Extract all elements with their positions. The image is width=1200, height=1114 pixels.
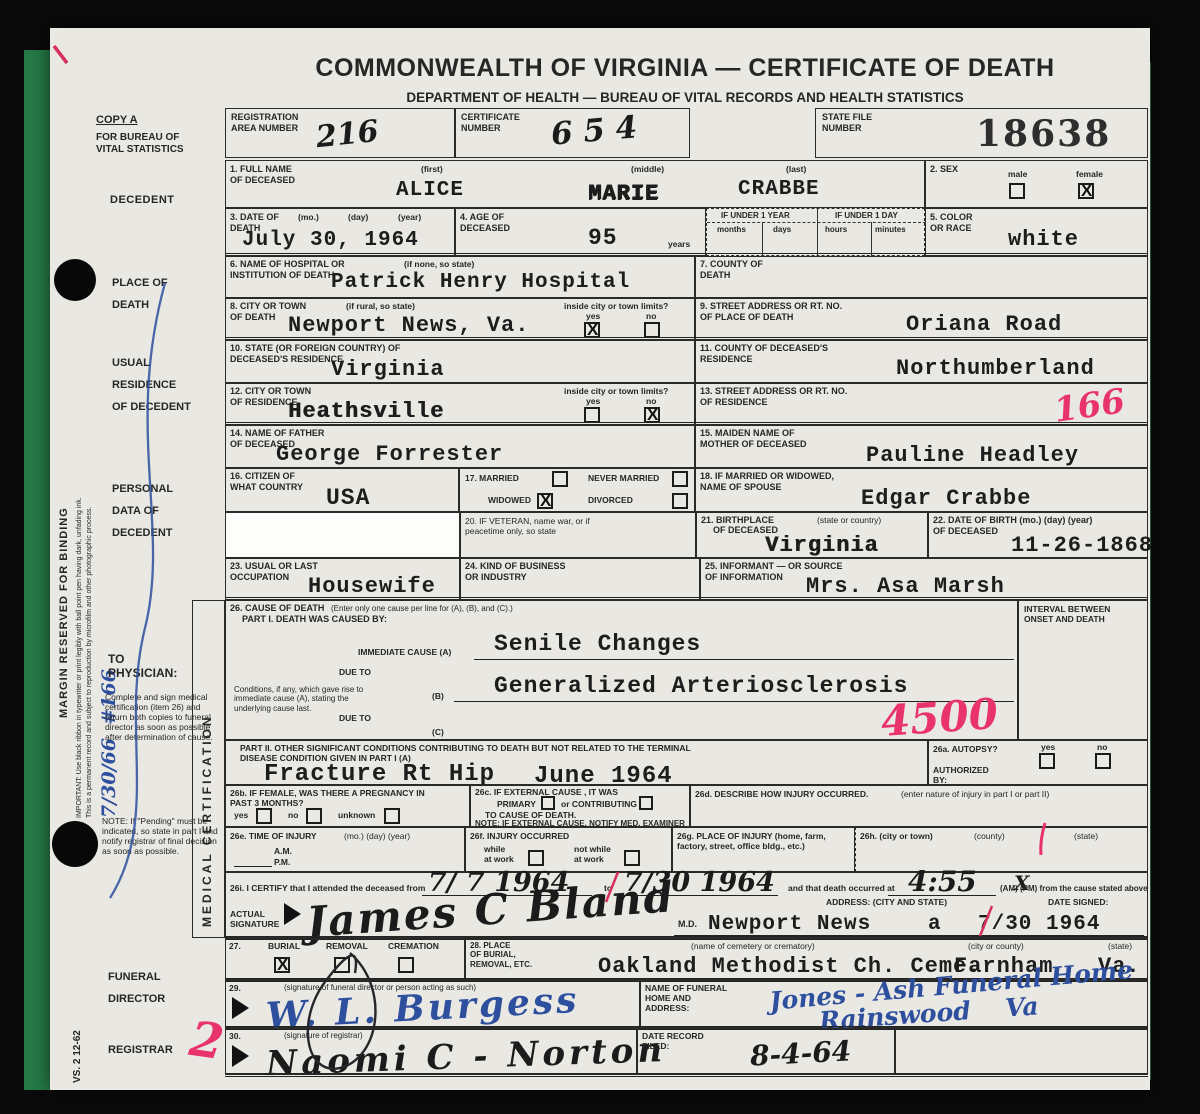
field-empty-bottom-right	[895, 1028, 1148, 1075]
autopsy-yes-cap: yes	[1041, 742, 1055, 752]
time-line	[888, 895, 996, 896]
cremation-cap: CREMATION	[388, 941, 439, 951]
field-residence-street: 13. STREET ADDRESS OR RT. NO. OF RESIDEN…	[695, 383, 1148, 425]
cause-a-value: Senile Changes	[494, 631, 701, 657]
under-1-year-label: IF UNDER 1 YEAR	[721, 211, 790, 220]
field-funeral-director-signature: 29. (signature of funeral director or pe…	[225, 980, 640, 1028]
registrar-sig-arrow-icon	[232, 1045, 249, 1067]
certificate-subtitle: DEPARTMENT OF HEALTH — BUREAU OF VITAL R…	[220, 90, 1150, 106]
field-redacted-19	[225, 512, 460, 558]
certificate-paper: COPY A FOR BUREAU OF VITAL STATISTICS CO…	[50, 28, 1150, 1090]
race-value: white	[1008, 227, 1079, 252]
never-married-cap: NEVER MARRIED	[588, 473, 659, 483]
removal-checkbox	[334, 957, 350, 973]
binding-green-strip	[24, 50, 51, 1090]
age-years-cap: years	[668, 239, 690, 249]
field-registrar-signature: 30. (signature of registrar) Naomi C - N…	[225, 1028, 637, 1075]
field-injury-occurred: 26f. INJURY OCCURRED while at work not w…	[465, 827, 672, 872]
certificate-title: COMMONWEALTH OF VIRGINIA — CERTIFICATE O…	[220, 54, 1150, 84]
funeral-home-label: NAME OF FUNERAL HOME AND ADDRESS:	[645, 983, 727, 1013]
section-label-registrar: REGISTRAR	[108, 1044, 173, 1057]
field-sex: 2. SEX male female X	[925, 160, 1148, 208]
registration-area-value: 216	[314, 114, 380, 155]
date-filed-value: 8-4-64	[749, 1034, 852, 1072]
limits-no-cap-1: no	[646, 311, 656, 321]
injury-state-cap: (state)	[1074, 831, 1098, 841]
sex-female-checkbox: X	[1078, 183, 1094, 199]
hospital-value: Patrick Henry Hospital	[331, 271, 630, 294]
name-middle-value: MARIE	[588, 181, 659, 206]
county-of-death-label: 7. COUNTY OF DEATH	[700, 259, 763, 280]
red-corner-tick	[54, 46, 67, 63]
field-hospital: 6. NAME OF HOSPITAL OR INSTITUTION OF DE…	[225, 256, 695, 298]
section-label-personal-data: PERSONAL DATA OF DECEDENT	[112, 478, 173, 544]
interval-label: INTERVAL BETWEEN ONSET AND DEATH	[1024, 604, 1110, 624]
cemetery-cap: (name of cemetery or crematory)	[691, 941, 815, 951]
primary-checkbox	[541, 796, 555, 810]
form-code: VS. 2 12-62	[72, 993, 84, 1083]
section-label-to-physician: TO PHYSICIAN:	[108, 652, 177, 680]
time-of-injury-label: 26e. TIME OF INJURY	[230, 831, 317, 841]
certificate-number-label: CERTIFICATE NUMBER	[461, 112, 520, 133]
field-city-of-death: 8. CITY OR TOWN OF DEATH (if rural, so s…	[225, 298, 695, 340]
contributing-checkbox	[639, 796, 653, 810]
mother-value: Pauline Headley	[866, 443, 1079, 468]
copy-a-label: COPY A	[96, 114, 138, 127]
field-color-race: 5. COLOR OR RACE white	[925, 208, 1148, 256]
residence-county-value: Northumberland	[896, 356, 1095, 381]
injury-city-cap: 26h. (city or town)	[860, 831, 933, 841]
preg-unknown-cap: unknown	[338, 810, 375, 820]
field-date-record-filed: DATE RECORD FILED: 8-4-64	[637, 1028, 895, 1075]
age-label: 4. AGE OF DECEASED	[460, 212, 510, 233]
field-residence-state: 10. STATE (OR FOREIGN COUNTRY) OF DECEAS…	[225, 340, 695, 383]
ampm-line	[234, 866, 272, 867]
burial-city-cap: (city or county)	[968, 941, 1024, 951]
margin-permanent-note: This is a permanent record and subject t…	[86, 178, 94, 818]
residence-county-label: 11. COUNTY OF DECEASED'S RESIDENCE	[700, 343, 828, 364]
part1-label: PART I. DEATH WAS CAUSED BY:	[242, 614, 387, 625]
sex-male-checkbox	[1009, 183, 1025, 199]
disposition-number: 27.	[229, 941, 241, 951]
burial-state-cap: (state)	[1108, 941, 1132, 951]
bottom-double-rule	[225, 1073, 1148, 1077]
field-age: 4. AGE OF DECEASED 95 years	[455, 208, 706, 256]
date-signed-cap: DATE SIGNED:	[1048, 897, 1108, 907]
preg-yes-checkbox	[256, 808, 272, 824]
veteran-label: 20. IF VETERAN, name war, or if peacetim…	[465, 516, 590, 536]
field-informant: 25. INFORMANT — OR SOURCE OF INFORMATION…	[700, 558, 1148, 600]
registrar-sig-cap: (signature of registrar)	[284, 1031, 363, 1040]
dob-value: 11-26-1868	[1011, 533, 1153, 558]
field-cause-of-death: 26. CAUSE OF DEATH (Enter only one cause…	[225, 600, 1018, 740]
conditions-note: Conditions, if any, which gave rise to i…	[234, 685, 386, 713]
medical-certification-label: MEDICAL CERTIFICATION	[200, 613, 214, 927]
not-while-checkbox	[624, 850, 640, 866]
cause-b-cap: (B)	[432, 691, 444, 701]
mother-label: 15. MAIDEN NAME OF MOTHER OF DECEASED	[700, 428, 807, 449]
margin-important-note: IMPORTANT: Use black ribbon in typewrite…	[76, 178, 84, 818]
dod-value: July 30, 1964	[242, 229, 419, 252]
while-at-work-cap: while at work	[484, 844, 514, 864]
place-of-burial-label: 28. PLACE OF BURIAL, REMOVAL, ETC.	[470, 941, 532, 969]
birthplace-cap: (state or country)	[817, 515, 881, 525]
field-residence-city: 12. CITY OR TOWN OF RESIDENCE inside cit…	[225, 383, 695, 425]
months-cap: months	[717, 225, 746, 234]
field-street-of-death: 9. STREET ADDRESS OR RT. NO. OF PLACE OF…	[695, 298, 1148, 340]
field-under-one: IF UNDER 1 YEAR IF UNDER 1 DAY months da…	[706, 208, 925, 256]
cause-c-cap: (C)	[432, 727, 444, 737]
street-of-death-label: 9. STREET ADDRESS OR RT. NO. OF PLACE OF…	[700, 301, 842, 322]
preg-unknown-checkbox	[384, 808, 400, 824]
time-of-injury-caps: (mo.) (day) (year)	[344, 831, 410, 841]
autopsy-yes-checkbox	[1039, 753, 1055, 769]
field-time-of-injury: 26e. TIME OF INJURY (mo.) (day) (year) A…	[225, 827, 465, 872]
field-veteran: 20. IF VETERAN, name war, or if peacetim…	[460, 512, 696, 558]
handwritten-4500: 4500	[879, 689, 999, 746]
age-value: 95	[588, 225, 618, 251]
spouse-label: 18. IF MARRIED OR WIDOWED, NAME OF SPOUS…	[700, 471, 834, 492]
limits-no-checkbox-2: X	[644, 407, 660, 423]
last-cap: (last)	[786, 164, 806, 174]
preg-no-cap: no	[288, 810, 298, 820]
hours-cap: hours	[825, 225, 847, 234]
am-cap: A.M.	[274, 846, 292, 856]
minutes-cap: minutes	[875, 225, 906, 234]
field-business: 24. KIND OF BUSINESS OR INDUSTRY	[460, 558, 700, 600]
divorced-checkbox	[672, 493, 688, 509]
limits-yes-checkbox-1: X	[584, 322, 600, 338]
removal-cap: REMOVAL	[326, 941, 368, 951]
primary-cap: PRIMARY	[497, 799, 536, 809]
under-1-day-label: IF UNDER 1 DAY	[835, 211, 898, 220]
while-at-work-checkbox	[528, 850, 544, 866]
part2-value: Fracture Rt Hip	[264, 761, 495, 788]
section-label-decedent: DECEDENT	[110, 194, 175, 207]
limits-question-2: inside city or town limits?	[564, 386, 668, 396]
ampm-cap: (AM) (PM) from the cause stated above	[1000, 884, 1150, 893]
cause-label: 26. CAUSE OF DEATH	[230, 603, 324, 614]
field-pregnancy: 26b. IF FEMALE, WAS THERE A PREGNANCY IN…	[225, 785, 470, 827]
signed-date-value: 7/30 1964	[978, 913, 1100, 936]
copy-for-label: FOR BUREAU OF VITAL STATISTICS	[96, 132, 184, 156]
business-label: 24. KIND OF BUSINESS OR INDUSTRY	[465, 561, 566, 582]
burial-cap: BURIAL	[268, 941, 300, 951]
autopsy-no-cap: no	[1097, 742, 1107, 752]
state-file-box: STATE FILE NUMBER 18638	[815, 108, 1148, 158]
preg-no-checkbox	[306, 808, 322, 824]
limits-yes-cap-2: yes	[586, 396, 600, 406]
field-external-cause: 26c. IF EXTERNAL CAUSE , IT WAS PRIMARY …	[470, 785, 690, 827]
punch-hole-bottom	[52, 821, 98, 867]
first-cap: (first)	[421, 164, 443, 174]
field-injury-location: 26h. (city or town) (county) (state)	[855, 827, 1148, 872]
race-label: 5. COLOR OR RACE	[930, 212, 973, 233]
citizen-value: USA	[326, 485, 370, 511]
section-label-usual-residence: USUAL RESIDENCE OF DECEDENT	[112, 352, 191, 418]
how-injury-label: 26d. DESCRIBE HOW INJURY OCCURRED.	[695, 789, 868, 799]
autopsy-label: 26a. AUTOPSY?	[933, 744, 998, 754]
due-to-1: DUE TO	[339, 667, 371, 677]
state-file-value: 18638	[976, 113, 1111, 155]
field-place-of-injury: 26g. PLACE OF INJURY (home, farm, factor…	[672, 827, 855, 872]
address-cap: ADDRESS: (CITY AND STATE)	[826, 897, 947, 907]
death-time-value: 4:55	[908, 865, 977, 898]
married-checkbox	[552, 471, 568, 487]
injury-county-cap: (county)	[974, 831, 1005, 841]
place-of-injury-label: 26g. PLACE OF INJURY (home, farm, factor…	[677, 831, 826, 851]
u1-div3	[871, 222, 872, 257]
field-mother: 15. MAIDEN NAME OF MOTHER OF DECEASED Pa…	[695, 425, 1148, 468]
red-handwritten-2: 2	[186, 1011, 227, 1071]
field-how-injury: 26d. DESCRIBE HOW INJURY OCCURRED. (ente…	[690, 785, 1148, 827]
field-marital-status: 17. MARRIED NEVER MARRIED WIDOWED X DIVO…	[459, 468, 695, 512]
authorized-by-label: AUTHORIZED BY:	[933, 765, 989, 785]
sex-male-cap: male	[1008, 169, 1027, 179]
field-citizen: 16. CITIZEN OF WHAT COUNTRY USA	[225, 468, 459, 512]
dod-year-cap: (year)	[398, 212, 421, 222]
margin-binding-label: MARGIN RESERVED FOR BINDING	[58, 458, 71, 718]
actual-signature-label: ACTUAL SIGNATURE	[230, 909, 279, 929]
contributing-cap: or CONTRIBUTING	[561, 799, 637, 809]
u1-div1	[762, 222, 763, 257]
informant-value: Mrs. Asa Marsh	[806, 574, 1005, 599]
funeral-sig-arrow-icon	[232, 997, 249, 1019]
limits-yes-checkbox-2	[584, 407, 600, 423]
widowed-checkbox: X	[537, 493, 553, 509]
field-occupation: 23. USUAL OR LAST OCCUPATION Housewife	[225, 558, 460, 600]
occurred-at-cap: and that death occurred at	[788, 883, 895, 893]
not-while-cap: not while at work	[574, 844, 611, 864]
middle-cap: (middle)	[631, 164, 664, 174]
father-value: George Forrester	[276, 442, 503, 467]
field-father: 14. NAME OF FATHER OF DECEASED George Fo…	[225, 425, 695, 468]
pregnancy-label: 26b. IF FEMALE, WAS THERE A PREGNANCY IN…	[230, 788, 425, 808]
injury-occurred-label: 26f. INJURY OCCURRED	[470, 831, 569, 841]
date-filed-label: DATE RECORD FILED:	[642, 1031, 704, 1051]
certificate-number-value: 6 5 4	[550, 109, 639, 152]
due-to-2: DUE TO	[339, 713, 371, 723]
occupation-label: 23. USUAL OR LAST OCCUPATION	[230, 561, 318, 582]
field-interval: INTERVAL BETWEEN ONSET AND DEATH	[1018, 600, 1148, 740]
divorced-cap: DIVORCED	[588, 495, 633, 505]
section-label-place-of-death: PLACE OF DEATH	[112, 272, 168, 316]
spouse-value: Edgar Crabbe	[861, 486, 1031, 511]
occupation-value: Housewife	[308, 574, 436, 599]
name-first-value: ALICE	[396, 179, 464, 202]
certificate-number-box: CERTIFICATE NUMBER 6 5 4	[455, 108, 690, 158]
field-spouse: 18. IF MARRIED OR WIDOWED, NAME OF SPOUS…	[695, 468, 1148, 512]
residence-state-value: Virginia	[331, 357, 445, 382]
field-disposition: 27. BURIAL X REMOVAL CREMATION	[225, 938, 465, 980]
autopsy-no-checkbox	[1095, 753, 1111, 769]
field-autopsy: 26a. AUTOPSY? yes no AUTHORIZED BY:	[928, 740, 1148, 785]
dod-mo-cap: (mo.)	[298, 212, 319, 222]
state-file-label: STATE FILE NUMBER	[822, 112, 872, 133]
limits-no-checkbox-1	[644, 322, 660, 338]
u1-div2	[817, 209, 818, 257]
registration-area-label: REGISTRATION AREA NUMBER	[231, 112, 298, 133]
dod-day-cap: (day)	[348, 212, 368, 222]
birthplace-value: Virginia	[765, 533, 879, 558]
field-certification: 26i. I CERTIFY that I attended the decea…	[225, 872, 1148, 938]
full-name-label: 1. FULL NAME OF DECEASED	[230, 164, 295, 185]
md-cap: M.D.	[678, 919, 697, 930]
hospital-cap: (if none, so state)	[404, 259, 474, 269]
days-cap: days	[773, 225, 791, 234]
never-married-checkbox	[672, 471, 688, 487]
registrar-sig-number: 30.	[229, 1031, 241, 1041]
hospital-label: 6. NAME OF HOSPITAL OR INSTITUTION OF DE…	[230, 259, 345, 280]
married-cap: 17. MARRIED	[465, 473, 519, 483]
field-residence-county: 11. COUNTY OF DECEASED'S RESIDENCE North…	[695, 340, 1148, 383]
name-last-value: CRABBE	[738, 178, 820, 201]
md-city-value: Newport News	[708, 913, 871, 936]
city-of-death-value: Newport News, Va.	[288, 313, 529, 338]
md-state-value: a	[928, 913, 942, 936]
residence-city-value: Heathsville	[288, 399, 444, 424]
registration-area-box: REGISTRATION AREA NUMBER 216	[225, 108, 455, 158]
cremation-checkbox	[398, 957, 414, 973]
signature-arrow-icon	[284, 903, 301, 925]
burial-checkbox: X	[274, 957, 290, 973]
field-date-of-birth: 22. DATE OF BIRTH (mo.) (day) (year) OF …	[928, 512, 1148, 558]
city-of-death-cap: (if rural, so state)	[346, 301, 415, 311]
citizen-label: 16. CITIZEN OF WHAT COUNTRY	[230, 471, 303, 492]
field-date-of-death: 3. DATE OF DEATH (mo.) (day) (year) July…	[225, 208, 455, 256]
cause-cap: (Enter only one cause per line for (A), …	[331, 604, 513, 613]
immediate-cause-cap: IMMEDIATE CAUSE (A)	[358, 647, 451, 657]
preg-yes-cap: yes	[234, 810, 248, 820]
street-of-death-value: Oriana Road	[906, 312, 1062, 337]
cause-a-line	[474, 659, 1014, 660]
field-full-name: 1. FULL NAME OF DECEASED (first) (middle…	[225, 160, 925, 208]
how-injury-cap: (enter nature of injury in part I or par…	[901, 789, 1049, 799]
field-birthplace: 21. BIRTHPLACE (state or country) OF DEC…	[696, 512, 928, 558]
field-funeral-home: NAME OF FUNERAL HOME AND ADDRESS: Jones …	[640, 980, 1148, 1028]
limits-question-1: inside city or town limits?	[564, 301, 668, 311]
sex-female-cap: female	[1076, 169, 1103, 179]
field-county-of-death: 7. COUNTY OF DEATH	[695, 256, 1148, 298]
widowed-cap: WIDOWED	[488, 495, 531, 505]
residence-street-label: 13. STREET ADDRESS OR RT. NO. OF RESIDEN…	[700, 386, 847, 407]
field-part2: PART II. OTHER SIGNIFICANT CONDITIONS CO…	[225, 740, 928, 785]
cause-b-value: Generalized Arteriosclerosis	[494, 673, 908, 699]
section-label-funeral-director: FUNERAL DIRECTOR	[108, 966, 165, 1010]
medical-certification-strip: MEDICAL CERTIFICATION	[192, 600, 225, 938]
sex-label: 2. SEX	[930, 164, 958, 175]
scanned-death-certificate: COPY A FOR BUREAU OF VITAL STATISTICS CO…	[0, 0, 1200, 1114]
pm-cap: P.M.	[274, 857, 290, 867]
funeral-sig-number: 29.	[229, 983, 241, 993]
